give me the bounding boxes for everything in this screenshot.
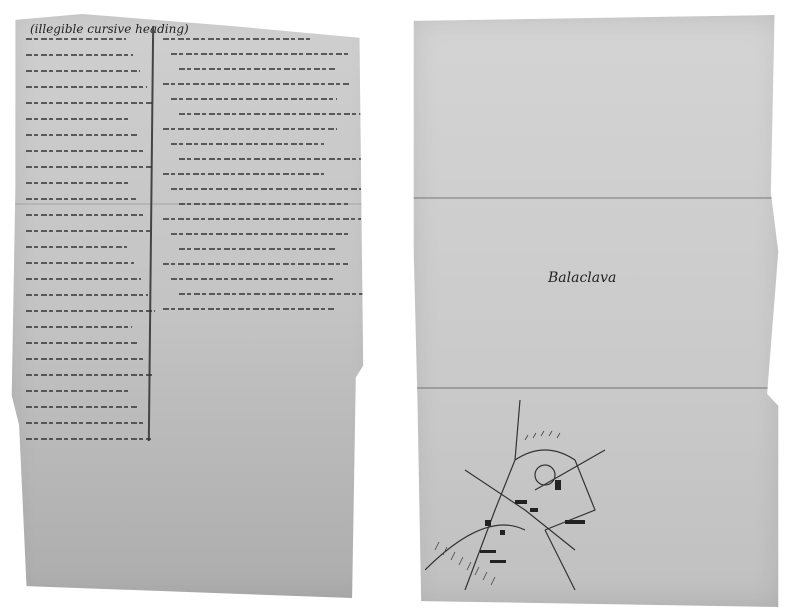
text-line bbox=[179, 158, 361, 160]
sketch-map bbox=[425, 400, 625, 600]
page-fold bbox=[410, 197, 782, 199]
text-line bbox=[171, 188, 361, 190]
place-label: Balaclava bbox=[548, 270, 616, 286]
text-line bbox=[179, 68, 337, 70]
text-line bbox=[171, 233, 348, 235]
text-line bbox=[26, 214, 143, 216]
text-line bbox=[26, 86, 147, 88]
text-line bbox=[26, 390, 130, 392]
text-line bbox=[179, 113, 374, 115]
text-line bbox=[26, 326, 132, 328]
text-line bbox=[26, 38, 126, 40]
text-line bbox=[26, 438, 151, 440]
text-line bbox=[171, 143, 324, 145]
text-line bbox=[26, 102, 154, 104]
page-fold bbox=[8, 203, 378, 205]
text-line bbox=[163, 83, 350, 85]
text-line bbox=[26, 310, 155, 312]
text-line bbox=[171, 53, 350, 55]
text-line bbox=[163, 173, 324, 175]
text-line bbox=[163, 38, 313, 40]
text-line bbox=[171, 98, 337, 100]
text-line bbox=[26, 182, 129, 184]
text-line bbox=[163, 128, 337, 130]
left-manuscript-page: (illegible cursive heading) bbox=[8, 8, 378, 604]
text-line bbox=[171, 278, 335, 280]
text-line bbox=[26, 294, 148, 296]
text-line bbox=[26, 54, 133, 56]
text-line bbox=[163, 218, 361, 220]
text-line bbox=[26, 406, 137, 408]
text-line bbox=[26, 150, 145, 152]
right-manuscript-page: Balaclava bbox=[410, 15, 782, 607]
text-line bbox=[179, 248, 335, 250]
text-line bbox=[26, 118, 131, 120]
text-line bbox=[26, 422, 144, 424]
text-line bbox=[26, 262, 134, 264]
text-line bbox=[26, 70, 140, 72]
text-line bbox=[163, 263, 348, 265]
text-line bbox=[26, 230, 150, 232]
page-fold bbox=[410, 387, 782, 389]
text-line bbox=[26, 198, 136, 200]
text-line bbox=[26, 278, 141, 280]
text-line bbox=[163, 308, 335, 310]
text-line bbox=[26, 374, 153, 376]
text-line bbox=[26, 358, 146, 360]
text-line bbox=[26, 166, 152, 168]
text-line bbox=[26, 134, 138, 136]
text-line bbox=[26, 246, 127, 248]
text-line bbox=[179, 293, 372, 295]
text-line bbox=[26, 342, 139, 344]
column-divider bbox=[148, 26, 154, 441]
left-column-heading: (illegible cursive heading) bbox=[30, 22, 189, 36]
